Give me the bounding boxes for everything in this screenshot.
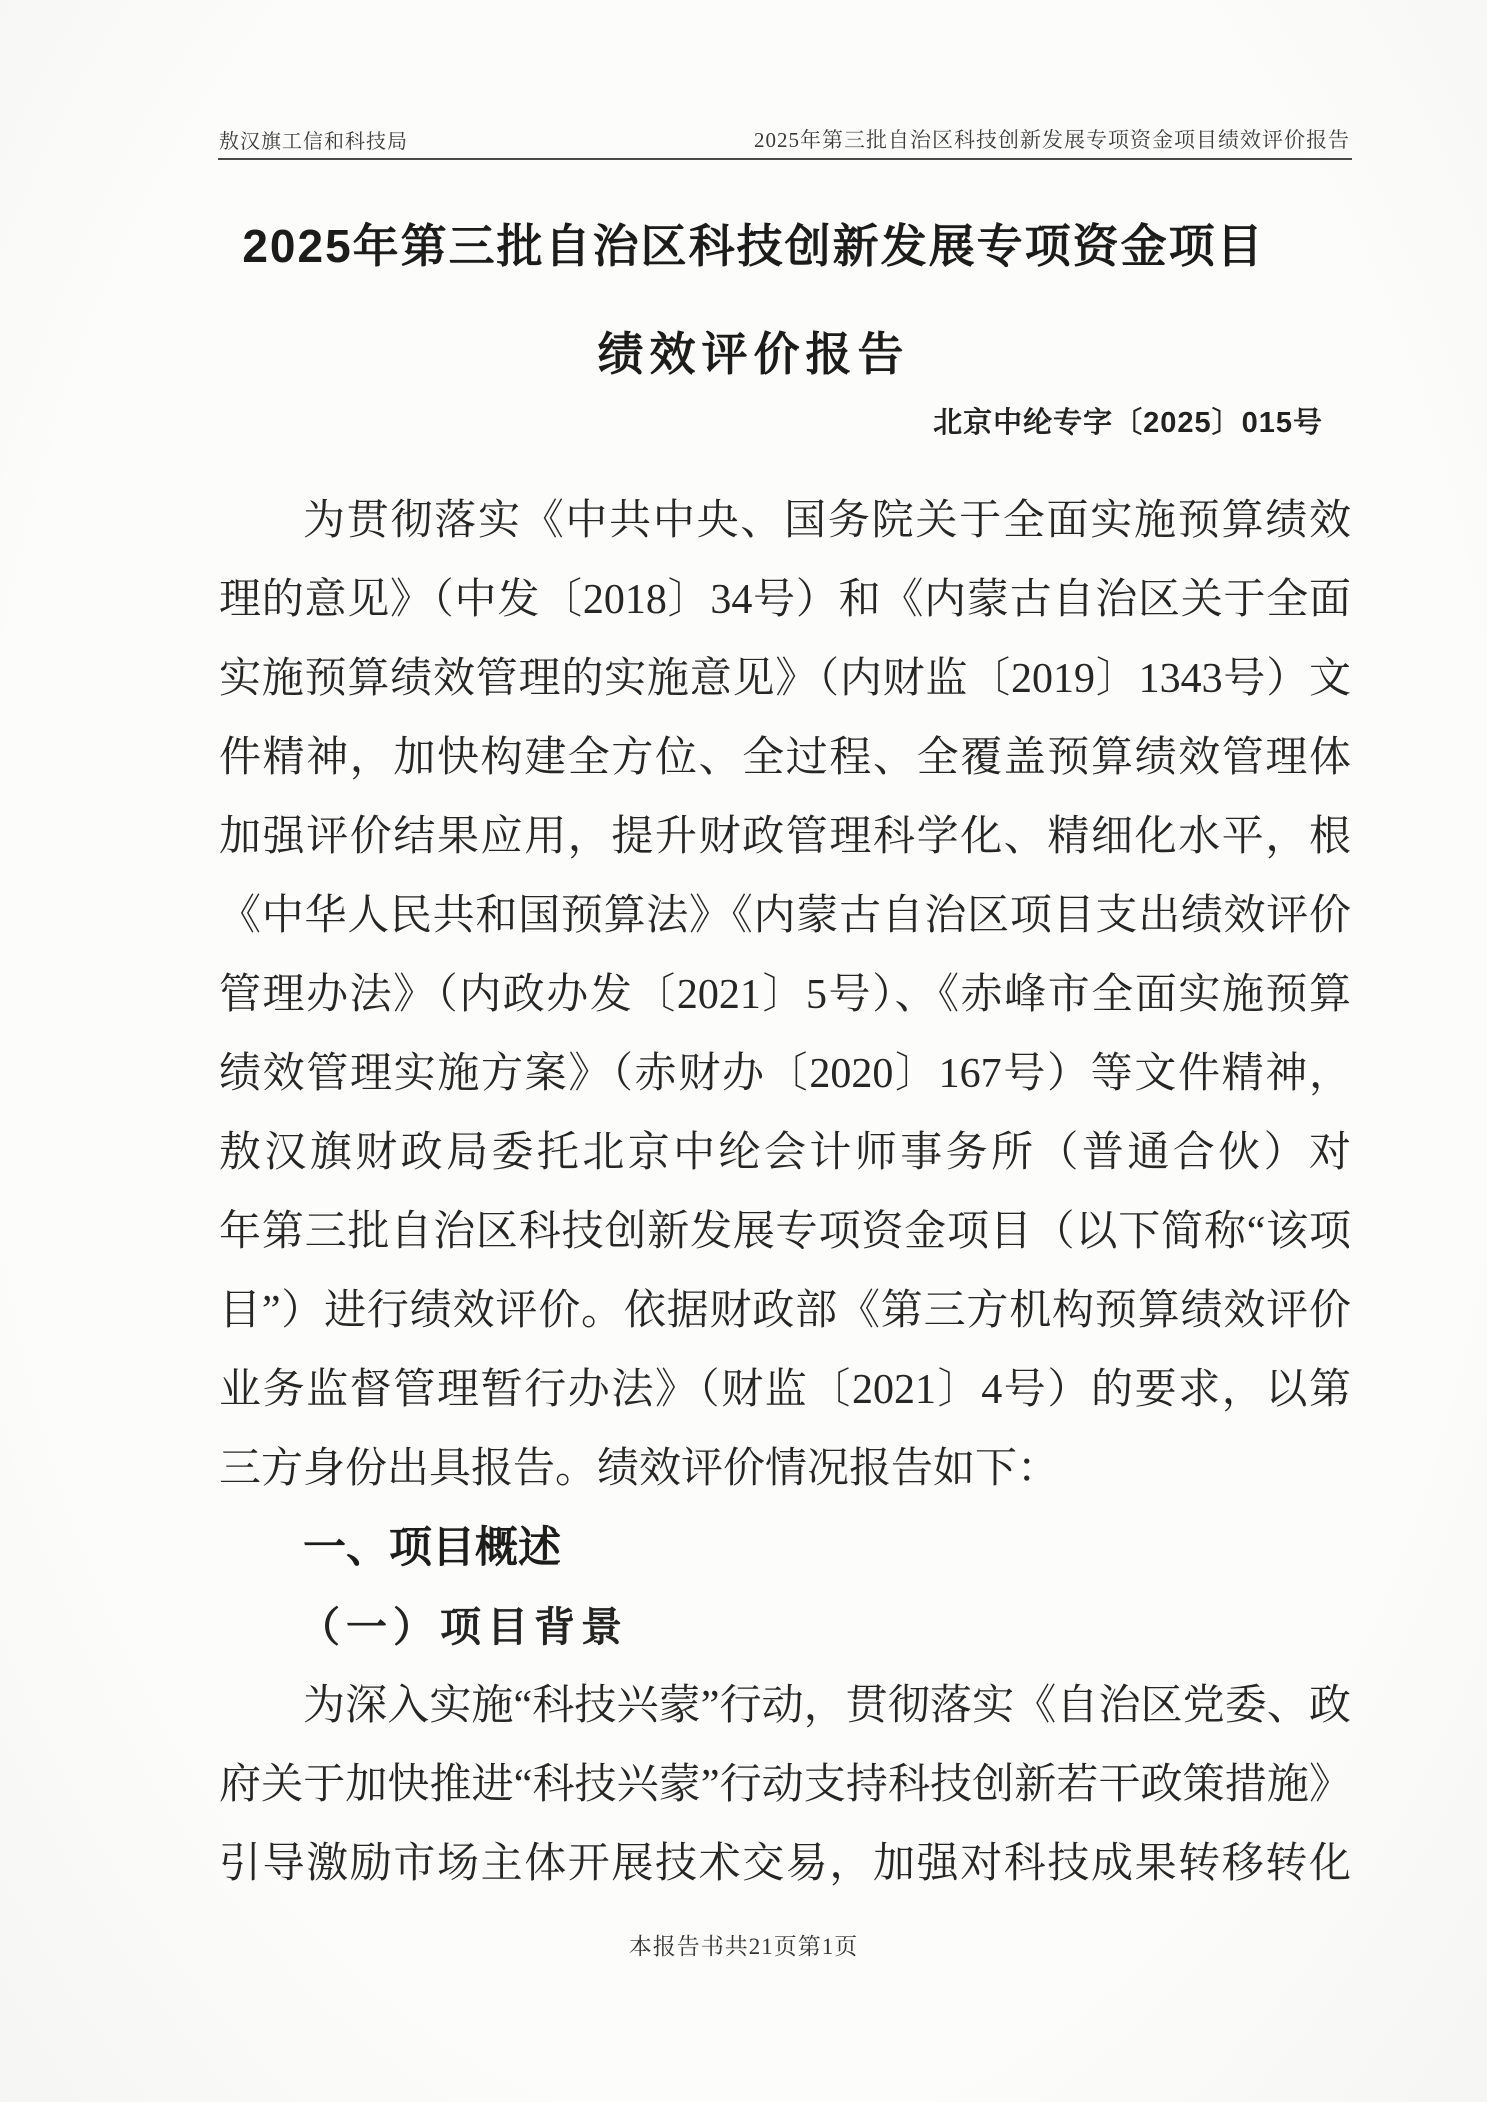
paragraph1-last-line: 三方身份出具报告。绩效评价情况报告如下： <box>219 1430 1351 1509</box>
document-body: 为贯彻落实《中共中央、国务院关于全面实施预算绩效管 理的意见》（中发〔2018〕… <box>219 482 1351 1904</box>
document-reference-number: 北京中纶专字〔2025〕015号 <box>933 400 1323 441</box>
section-heading-project-overview: 一、项目概述 <box>219 1509 1351 1588</box>
paragraph1-line: 实施预算绩效管理的实施意见》（内财监〔2019〕1343号）文 <box>219 640 1351 719</box>
paragraph1-line: 理的意见》（中发〔2018〕34号）和《内蒙古自治区关于全面 <box>219 561 1351 640</box>
paragraph1-line: 加强评价结果应用，提升财政管理科学化、精细化水平，根据 <box>219 798 1351 877</box>
paragraph1-line: 《中华人民共和国预算法》《内蒙古自治区项目支出绩效评价 <box>219 877 1351 956</box>
paragraph1-line: 敖汉旗财政局委托北京中纶会计师事务所（普通合伙）对2025 <box>219 1114 1351 1193</box>
report-title-line1: 2025年第三批自治区科技创新发展专项资金项目 <box>140 210 1367 276</box>
report-page: 敖汉旗工信和科技局 2025年第三批自治区科技创新发展专项资金项目绩效评价报告 … <box>0 0 1487 2102</box>
page-number-footer: 本报告书共21页第1页 <box>0 1928 1487 1961</box>
paragraph1-line: 件精神，加快构建全方位、全过程、全覆盖预算绩效管理体系 <box>219 719 1351 798</box>
paragraph1-line: 为贯彻落实《中共中央、国务院关于全面实施预算绩效管 <box>219 482 1351 561</box>
header-divider-line <box>218 158 1352 160</box>
header-agency-name: 敖汉旗工信和科技局 <box>219 125 408 154</box>
report-title-line2: 绩效评价报告 <box>140 318 1367 384</box>
subsection-heading-project-background: （一）项目背景 <box>219 1588 1351 1667</box>
paragraph1-line: 年第三批自治区科技创新发展专项资金项目（以下简称“该项 <box>219 1193 1351 1272</box>
running-header: 敖汉旗工信和科技局 2025年第三批自治区科技创新发展专项资金项目绩效评价报告 <box>219 124 1350 154</box>
paragraph2-line: 府关于加快推进“科技兴蒙”行动支持科技创新若干政策措施》 <box>219 1746 1351 1825</box>
paragraph2-line: 为深入实施“科技兴蒙”行动，贯彻落实《自治区党委、政 <box>219 1667 1351 1746</box>
paragraph1-line: 管理办法》（内政办发〔2021〕5号）、《赤峰市全面实施预算 <box>219 956 1351 1035</box>
paragraph2-line: 引导激励市场主体开展技术交易，加强对科技成果转移转化活动 <box>219 1825 1351 1904</box>
header-report-title: 2025年第三批自治区科技创新发展专项资金项目绩效评价报告 <box>754 124 1350 154</box>
paragraph1-line: 绩效管理实施方案》（赤财办〔2020〕167号）等文件精神， <box>219 1035 1351 1114</box>
paragraph1-line: 目”）进行绩效评价。依据财政部《第三方机构预算绩效评价 <box>219 1272 1351 1351</box>
paragraph1-line: 业务监督管理暂行办法》（财监〔2021〕4号）的要求，以第 <box>219 1351 1351 1430</box>
